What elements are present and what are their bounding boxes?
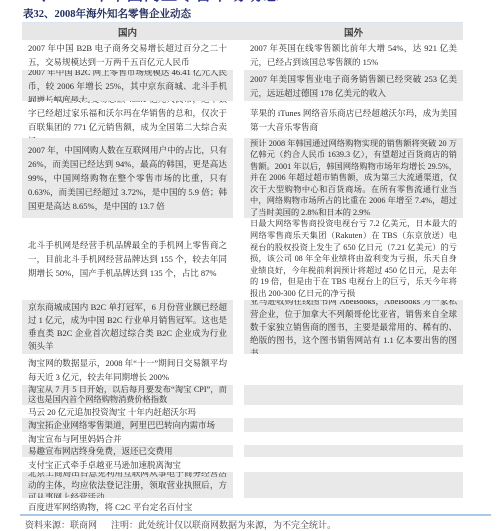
cell-domestic: 易趣宣布网店终身免费，返还已交费用 xyxy=(22,445,233,457)
cell-overseas xyxy=(244,498,463,515)
column-header-domestic: 国内 xyxy=(22,25,233,39)
table-bottom-divider xyxy=(20,514,491,516)
cell-domestic: 支付宝正式牵手卓越亚马逊加速脱离淘宝 xyxy=(22,457,233,472)
table-body: 2007 年中国 B2B 电子商务交易增长超过百分之二十五，交易规模达到一万两千… xyxy=(22,40,463,515)
cell-domestic: 2007 年中国 B2B 电子商务交易增长超过百分之二十五，交易规模达到一万两千… xyxy=(22,40,233,70)
cell-domestic: 2007 年中国 B2C 网上零售市场规模达 46.41 亿元人民币，较 200… xyxy=(22,70,233,101)
cell-text: 亚马逊收购在线图书网 AbeBooks，AbeBooks 为一家私营企业，位于加… xyxy=(250,300,457,354)
cell-text: 苹果的 iTunes 网络音乐商店已经超越沃尔玛，成为美国第一大音乐零售商 xyxy=(250,106,457,134)
cell-text: 支付宝正式牵手卓越亚马逊加速脱离淘宝 xyxy=(28,459,181,471)
section-title: 19、2008年中国网上零售市场动态 xyxy=(22,0,442,5)
table-row: 百度进军网络购物，将 C2C 平台定名百付宝 xyxy=(22,498,463,515)
cell-text: 淘宝宣布与阿里妈妈合并 xyxy=(28,433,122,445)
cell-text: 北京工商局出台意见利用互联网从事电子商务经营活动的主体，均应依法登记注册，领取营… xyxy=(28,472,227,498)
cell-overseas xyxy=(244,457,463,472)
cell-domestic: 北斗手机网是经营手机品牌最全的手机网上零售商之一，目前北斗手机网经营品牌达到 1… xyxy=(22,218,233,300)
cell-text: 2007 年，中国网购人数在互联网用户中的占比，只有 26%，而美国已经达到 9… xyxy=(28,143,227,213)
cell-text: 2007 年淘宝实现交易总额 433.1 亿元人民币，这个数字已经超过家乐福和沃… xyxy=(28,101,227,138)
cell-domestic: 百度进军网络购物，将 C2C 平台定名百付宝 xyxy=(22,498,233,515)
cell-overseas xyxy=(244,432,463,445)
cell-text: 淘宝网的数据显示，2008 年“十一”期间日交易额平均每天近 3 亿元，较去年同… xyxy=(28,356,227,384)
cell-domestic: 淘宝宣布与阿里妈妈合并 xyxy=(22,432,233,445)
table-row: 2007 年，中国网购人数在互联网用户中的占比，只有 26%，而美国已经达到 9… xyxy=(22,138,463,218)
cell-text: 日最大网络零售商投资电视台亏 7.2 亿美元，日本最大的网络零售商乐天集团（Ra… xyxy=(250,218,457,299)
cell-overseas xyxy=(244,445,463,457)
cell-overseas: 苹果的 iTunes 网络音乐商店已经超越沃尔玛，成为美国第一大音乐零售商 xyxy=(244,101,463,138)
table-row: 北京工商局出台意见利用互联网从事电子商务经营活动的主体，均应依法登记注册，领取营… xyxy=(22,472,463,498)
cell-domestic: 淘宝网的数据显示，2008 年“十一”期间日交易额平均每天近 3 亿元，较去年同… xyxy=(22,354,233,385)
table-row: 京东商城成国内 B2C 单打冠军，6 月份营业额已经超过 1 亿元，成为中国 B… xyxy=(22,300,463,354)
cell-overseas xyxy=(244,405,463,418)
cell-overseas xyxy=(244,385,463,405)
cell-text: 北斗手机网是经营手机品牌最全的手机网上零售商之一，目前北斗手机网经营品牌达到 1… xyxy=(28,238,227,280)
cell-domestic: 2007 年淘宝实现交易总额 433.1 亿元人民币，这个数字已经超过家乐福和沃… xyxy=(22,101,233,138)
statistics-note: 注明：此处统计仅以联商网数据为来源，为不完全统计。 xyxy=(111,520,336,530)
source-note: 资料来源：联商网 xyxy=(25,520,97,530)
table-row: 淘宝网的数据显示，2008 年“十一”期间日交易额平均每天近 3 亿元，较去年同… xyxy=(22,354,463,385)
cell-domestic: 马云 20 亿元追加投资淘宝 十年内赶超沃尔玛 xyxy=(22,405,233,418)
retail-dynamics-table: 国内 国外 2007 年中国 B2B 电子商务交易增长超过百分之二十五，交易规模… xyxy=(22,22,463,515)
cell-domestic: 京东商城成国内 B2C 单打冠军，6 月份营业额已经超过 1 亿元，成为中国 B… xyxy=(22,300,233,354)
cell-domestic: 淘宝拓企业网络零售渠道，阿里巴巴转向内需市场 xyxy=(22,418,233,432)
table-row: 淘宝拓企业网络零售渠道，阿里巴巴转向内需市场 xyxy=(22,418,463,432)
table-footnote: 资料来源：联商网注明：此处统计仅以联商网数据为来源，为不完全统计。 xyxy=(25,518,336,531)
table-row: 北斗手机网是经营手机品牌最全的手机网上零售商之一，目前北斗手机网经营品牌达到 1… xyxy=(22,218,463,300)
cell-text: 百度进军网络购物，将 C2C 平台定名百付宝 xyxy=(28,501,192,513)
cell-text: 2007 年美国零售业电子商务销售额已经突破 253 亿美元，远远超过德国 17… xyxy=(250,72,457,100)
cell-text: 马云 20 亿元追加投资淘宝 十年内赶超沃尔玛 xyxy=(28,406,196,418)
cell-overseas: 亚马逊收购在线图书网 AbeBooks，AbeBooks 为一家私营企业，位于加… xyxy=(244,300,463,354)
table-row: 支付宝正式牵手卓越亚马逊加速脱离淘宝 xyxy=(22,457,463,472)
table-header-row: 国内 国外 xyxy=(22,23,463,40)
clipped-section-title-box: 19、2008年中国网上零售市场动态 xyxy=(22,0,442,5)
table-row: 马云 20 亿元追加投资淘宝 十年内赶超沃尔玛 xyxy=(22,405,463,418)
table-row: 2007 年淘宝实现交易总额 433.1 亿元人民币，这个数字已经超过家乐福和沃… xyxy=(22,101,463,138)
cell-text: 2007 年中国 B2B 电子商务交易增长超过百分之二十五，交易规模达到一万两千… xyxy=(28,41,227,69)
column-header-overseas: 国外 xyxy=(244,25,463,39)
cell-overseas: 2007 年美国零售业电子商务销售额已经突破 253 亿美元，远远超过德国 17… xyxy=(244,70,463,101)
cell-text: 预计 2008 年韩国通过网络购物实现的销售额将突破 20 万亿韩元（约合人民币… xyxy=(250,138,457,218)
cell-overseas xyxy=(244,354,463,385)
table-row: 淘宝宣布与阿里妈妈合并 xyxy=(22,432,463,445)
cell-text: 京东商城成国内 B2C 单打冠军，6 月份营业额已经超过 1 亿元，成为中国 B… xyxy=(28,301,227,353)
cell-overseas: 日最大网络零售商投资电视台亏 7.2 亿美元，日本最大的网络零售商乐天集团（Ra… xyxy=(244,218,463,300)
cell-domestic: 淘宝从 7 月 5 日开始，以后每月要发布“淘宝 CPI”，而这也是国内首个网络… xyxy=(22,385,233,405)
cell-domestic: 北京工商局出台意见利用互联网从事电子商务经营活动的主体，均应依法登记注册，领取营… xyxy=(22,472,233,498)
table-row: 2007 年中国 B2B 电子商务交易增长超过百分之二十五，交易规模达到一万两千… xyxy=(22,40,463,70)
cell-text: 易趣宣布网店终身免费，返还已交费用 xyxy=(28,445,173,457)
cell-text: 2007 年英国在线零售额比前年大增 54%，达 921 亿美元，已经占到该国总… xyxy=(250,41,457,69)
table-row: 2007 年中国 B2C 网上零售市场规模达 46.41 亿元人民币，较 200… xyxy=(22,70,463,101)
table-caption: 表32、2008年海外知名零售企业动态 xyxy=(23,6,191,21)
cell-overseas: 预计 2008 年韩国通过网络购物实现的销售额将突破 20 万亿韩元（约合人民币… xyxy=(244,138,463,218)
cell-domestic: 2007 年，中国网购人数在互联网用户中的占比，只有 26%，而美国已经达到 9… xyxy=(22,138,233,218)
table-row: 淘宝从 7 月 5 日开始，以后每月要发布“淘宝 CPI”，而这也是国内首个网络… xyxy=(22,385,463,405)
table-row: 易趣宣布网店终身免费，返还已交费用 xyxy=(22,445,463,457)
cell-text: 2007 年中国 B2C 网上零售市场规模达 46.41 亿元人民币，较 200… xyxy=(28,70,227,101)
cell-overseas xyxy=(244,418,463,432)
cell-text: 淘宝从 7 月 5 日开始，以后每月要发布“淘宝 CPI”，而这也是国内首个网络… xyxy=(28,385,227,405)
cell-overseas: 2007 年英国在线零售额比前年大增 54%，达 921 亿美元，已经占到该国总… xyxy=(244,40,463,70)
cell-overseas xyxy=(244,472,463,498)
cell-text: 淘宝拓企业网络零售渠道，阿里巴巴转向内需市场 xyxy=(28,419,215,431)
